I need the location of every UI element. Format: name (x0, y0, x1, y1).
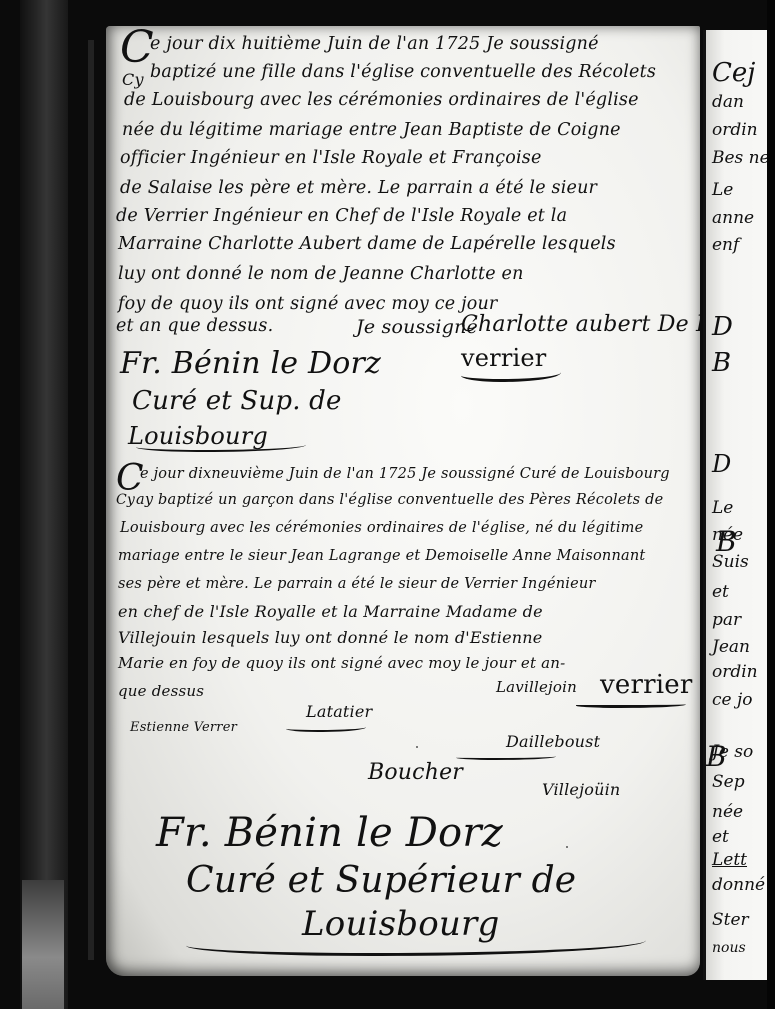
adjacent-text: Sep (712, 772, 745, 792)
signature-godmother: Charlotte aubert De Lapér (461, 312, 700, 337)
adjacent-text: ce jo (712, 690, 753, 710)
priest-signature-line: Curé et Sup. de (132, 386, 342, 416)
signature-flourish (136, 440, 306, 452)
signature-flourish (456, 754, 556, 760)
entry-line: luy ont donné le nom de Jeanne Charlotte… (118, 264, 524, 284)
entry-line: que dessus (118, 682, 204, 700)
entry-line: née du légitime mariage entre Jean Bapti… (122, 120, 621, 140)
adjacent-text: Lett (712, 850, 747, 870)
entry-line: e jour dix huitième Juin de l'an 1725 Je… (150, 34, 599, 54)
priest-signature-line: Fr. Bénin le Dorz (120, 346, 381, 381)
adjacent-text: enf (712, 235, 739, 255)
scan-edge (767, 0, 775, 1009)
margin-letter: B (706, 740, 727, 773)
signature-lavillejoin: Lavillejoin (496, 678, 577, 696)
signature-villejouin: Villejoüin (542, 780, 620, 799)
entry-line: baptizé une fille dans l'église conventu… (150, 62, 656, 82)
entry-line: et an que dessus. (116, 316, 273, 336)
entry-line: de Louisbourg avec les cérémonies ordina… (124, 90, 639, 110)
entry-line: Villejouin lesquels luy ont donné le nom… (118, 628, 542, 647)
adjacent-text: par (712, 610, 741, 630)
adjacent-text: Bes ne (712, 148, 767, 168)
entry-line: ses père et mère. Le parrain a été le si… (118, 576, 596, 592)
entry-initial: C (120, 26, 154, 73)
register-page: C Cy e jour dix huitième Juin de l'an 17… (106, 26, 700, 976)
adjacent-text: ordin (712, 662, 758, 682)
adjacent-text: anne (712, 208, 754, 228)
entry-line: mariage entre le sieur Jean Lagrange et … (118, 548, 645, 564)
adjacent-text: née (712, 802, 743, 822)
book-binding-lower (22, 880, 64, 1009)
margin-note: Cy (116, 492, 135, 508)
adjacent-text: dan (712, 92, 744, 112)
adjacent-text: D (712, 450, 731, 478)
adjacent-text: ordin (712, 120, 758, 140)
signature-latatier: Latatier (306, 702, 372, 721)
signature-flourish (576, 702, 686, 708)
signature-verrier: verrier (600, 670, 692, 700)
binding-edge (88, 40, 94, 960)
priest-signature-line: Fr. Bénin le Dorz (156, 810, 503, 856)
adjacent-text: Le (712, 498, 733, 518)
entry-line: ay baptizé un garçon dans l'église conve… (136, 492, 663, 508)
adjacent-page: Cej dan ordin Bes ne Le anne enf D B D L… (703, 30, 767, 980)
priest-signature-line: Curé et Supérieur de (186, 860, 576, 901)
book-binding (20, 0, 68, 1009)
entry-line: Marie en foy de quoy ils ont signé avec … (118, 654, 565, 672)
entry-line: officier Ingénieur en l'Isle Royale et F… (120, 148, 542, 168)
adjacent-text: Le (712, 180, 733, 200)
adjacent-text: Jean (712, 637, 750, 657)
adjacent-text: B (712, 348, 731, 378)
entry-line: Marraine Charlotte Aubert dame de Lapére… (118, 234, 616, 254)
signature-flourish (286, 724, 366, 732)
adjacent-text: Cej (712, 58, 755, 88)
paper-speck (566, 846, 568, 848)
paper-speck (226, 586, 228, 588)
entry-line: foy de quoy ils ont signé avec moy ce jo… (118, 294, 498, 314)
margin-letter: B (716, 525, 737, 558)
signature-dailleboust: Dailleboust (506, 732, 600, 751)
entry-line: de Salaise les père et mère. Le parrain … (120, 178, 597, 198)
entry-line: Louisbourg avec les cérémonies ordinaire… (120, 520, 643, 536)
adjacent-text: et (712, 582, 729, 602)
signature-boucher: Boucher (368, 760, 463, 785)
signature-prefix: Je soussigné (356, 316, 478, 338)
entry-line: de Verrier Ingénieur en Chef de l'Isle R… (116, 206, 567, 226)
adjacent-text: donné (712, 875, 765, 895)
adjacent-text: D (712, 312, 733, 342)
signature-estienne: Estienne Verrer (130, 720, 237, 735)
entry-line: e jour dixneuvième Juin de l'an 1725 Je … (140, 466, 670, 482)
signature-flourish (186, 930, 646, 956)
paper-speck (416, 746, 418, 748)
adjacent-text: et (712, 827, 729, 847)
entry-line: en chef de l'Isle Royalle et la Marraine… (118, 602, 543, 621)
signature-flourish (461, 366, 561, 382)
margin-note: Cy (122, 70, 144, 89)
document-scan: C Cy e jour dix huitième Juin de l'an 17… (0, 0, 775, 1009)
adjacent-text: nous (712, 940, 746, 956)
adjacent-text: Ster (712, 910, 749, 930)
